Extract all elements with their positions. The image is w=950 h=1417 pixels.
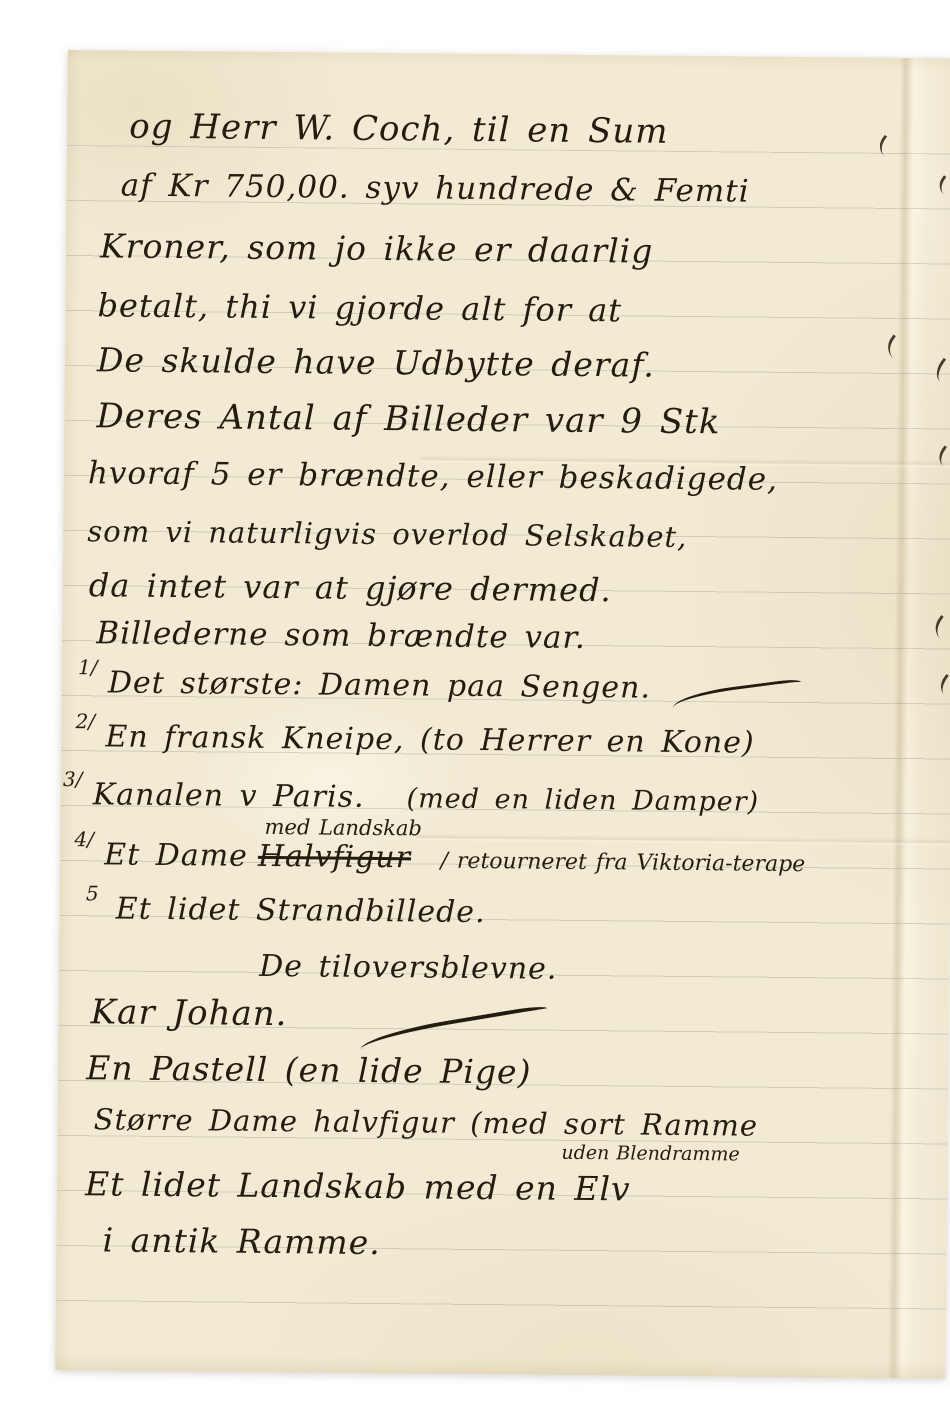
letter-page: og Herr W. Coch, til en Sum af Kr 750,00… bbox=[55, 50, 950, 1378]
line-text: som vi naturligvis overlod Selskabet, bbox=[87, 514, 687, 554]
list-item-number: 3/ bbox=[63, 768, 83, 790]
handwritten-line: hvoraf 5 er brændte, eller beskadigede, bbox=[88, 456, 778, 497]
list-item-number: 2/ bbox=[75, 710, 95, 732]
handwritten-line: og Herr W. Coch, til en Sum bbox=[129, 109, 669, 152]
handwritten-line: 4/ Et DameHalvfigur med Landskab / retou… bbox=[104, 838, 805, 878]
list-item-number: 4/ bbox=[74, 828, 94, 850]
handwritten-line: Billederne som brændte var. bbox=[96, 616, 586, 655]
line-text: De skulde have Udbytte deraf. bbox=[97, 340, 655, 384]
handwritten-line: 1/ Det største: Damen paa Sengen. bbox=[108, 666, 651, 704]
handwritten-line: 2/ En fransk Kneipe, (to Herrer en Kone) bbox=[105, 720, 755, 759]
handwritten-line: i antik Ramme. bbox=[102, 1222, 380, 1261]
parenthetical-note: (med en liden Damper) bbox=[406, 783, 759, 817]
handwritten-line: Deres Antal af Billeder var 9 Stk bbox=[96, 398, 720, 441]
line-text: betalt, thi vi gjorde alt for at bbox=[97, 286, 622, 329]
line-text: Billederne som brændte var. bbox=[96, 615, 586, 656]
line-text: da intet var at gjøre dermed. bbox=[89, 566, 612, 609]
line-text: Et Dame bbox=[104, 837, 248, 873]
line-text: Kar Johan. bbox=[91, 992, 288, 1034]
line-text: i antik Ramme. bbox=[102, 1220, 381, 1262]
pen-flourish bbox=[672, 678, 803, 708]
marginal-annotation: uden Blendramme bbox=[561, 1143, 739, 1166]
struck-through-word: Halvfigur bbox=[258, 839, 411, 875]
line-text: Kroner, som jo ikke er daarlig bbox=[100, 226, 654, 270]
line-text: Et lidet Strandbillede. bbox=[116, 891, 486, 930]
line-text: Deres Antal af Billeder var 9 Stk bbox=[96, 396, 720, 442]
handwritten-line: betalt, thi vi gjorde alt for at bbox=[97, 288, 622, 328]
line-text: En Pastell (en lide Pige) bbox=[86, 1048, 532, 1091]
handwritten-line: De skulde have Udbytte deraf. bbox=[97, 342, 655, 384]
handwritten-line: af Kr 750,00. syv hundrede & Femti bbox=[121, 169, 750, 209]
handwritten-line: som vi naturligvis overlod Selskabet, bbox=[87, 516, 687, 554]
handwritten-line: Kroner, som jo ikke er daarlig bbox=[100, 228, 654, 270]
line-text: De tiloversblevne. bbox=[259, 949, 558, 987]
handwritten-line: 5 Et lidet Strandbillede. bbox=[116, 892, 486, 929]
handwritten-line: Større Dame halvfigur (med sort Ramme ud… bbox=[94, 1104, 759, 1142]
handwritten-line: 3/ Kanalen v Paris.(med en liden Damper) bbox=[93, 778, 760, 817]
handwritten-line: Et lidet Landskab med en Elv bbox=[85, 1166, 631, 1208]
line-text: og Herr W. Coch, til en Sum bbox=[129, 107, 669, 152]
scanned-letter-background: { "document": { "kind": "handwritten let… bbox=[0, 0, 950, 1417]
line-text: Kanalen v Paris. bbox=[93, 777, 365, 815]
list-item-number: 5 bbox=[86, 882, 99, 904]
handwritten-line: Kar Johan. bbox=[91, 994, 288, 1033]
parenthetical-note: / retourneret fra Viktoria-terape bbox=[440, 849, 805, 877]
handwritten-line: En Pastell (en lide Pige) bbox=[86, 1050, 532, 1091]
line-text: hvoraf 5 er brændte, eller beskadigede, bbox=[88, 455, 778, 498]
line-text: Et lidet Landskab med en Elv bbox=[85, 1164, 631, 1208]
line-text: Det største: Damen paa Sengen. bbox=[108, 665, 651, 705]
line-text: Større Dame halvfigur (med sort Ramme bbox=[94, 1102, 759, 1142]
pen-flourish bbox=[359, 1004, 549, 1049]
handwritten-line: da intet var at gjøre dermed. bbox=[89, 568, 612, 608]
line-text: En fransk Kneipe, (to Herrer en Kone) bbox=[105, 719, 755, 760]
handwritten-line: De tiloversblevne. bbox=[259, 950, 558, 986]
inserted-correction: med Landskab bbox=[264, 816, 422, 841]
line-text: af Kr 750,00. syv hundrede & Femti bbox=[121, 168, 750, 210]
list-item-number: 1/ bbox=[78, 656, 98, 678]
